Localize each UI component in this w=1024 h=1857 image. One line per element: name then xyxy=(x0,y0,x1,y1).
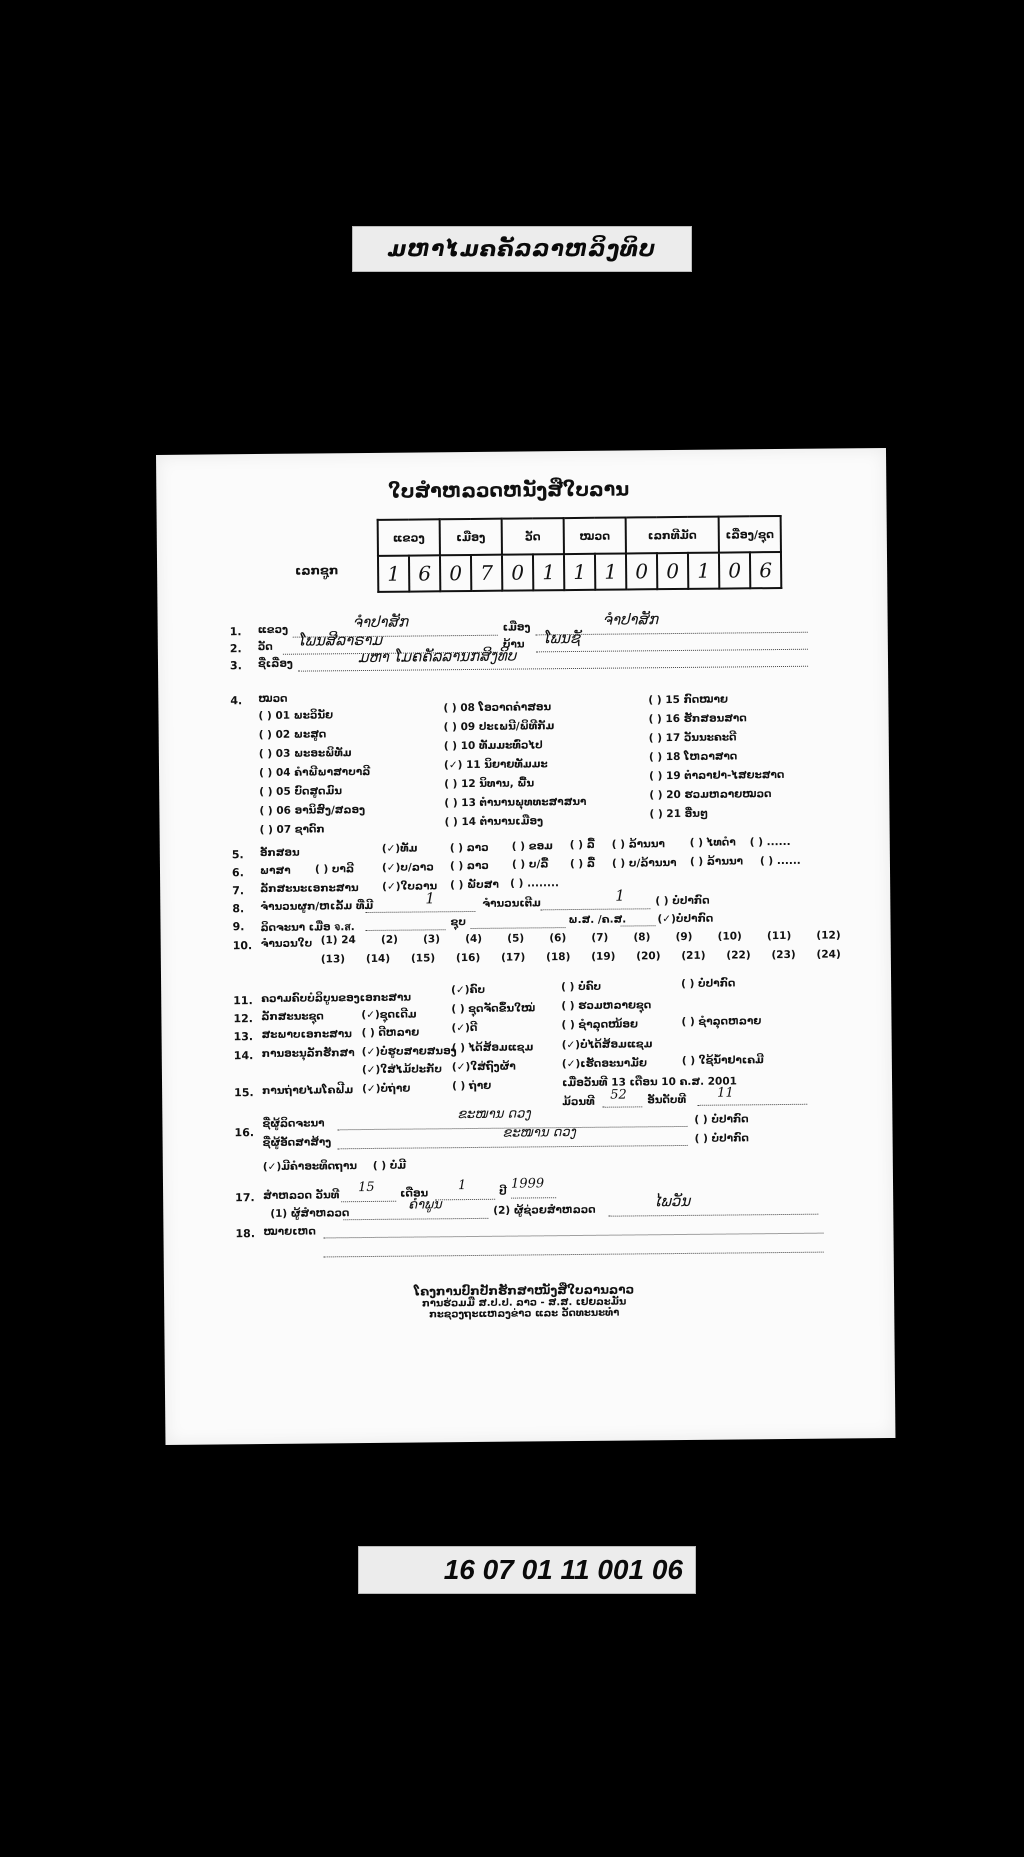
surveyor-line xyxy=(343,1218,488,1220)
field-13-label: ສະພາບເອກະສານ xyxy=(262,1028,352,1041)
author-value: ຂະໜານ ດວງ xyxy=(457,1106,531,1122)
survey-month: 1 xyxy=(458,1178,466,1193)
sponsor-label: ຊື່ຜູ້ອັດສາສ້າງ xyxy=(263,1136,332,1149)
leaf-count-cell: (7) xyxy=(591,932,608,944)
leaf-count-cell: (1) 24 xyxy=(321,934,356,946)
language-option[interactable]: ( ) ບາລີ xyxy=(315,863,354,875)
sequence-number: 11 xyxy=(717,1085,734,1100)
category-option[interactable]: ( ) 17 ວັນນະຄະດີ xyxy=(649,731,737,744)
completeness-option-selected[interactable]: (✓)ຄົບ xyxy=(451,984,485,996)
leaf-count-cell: (2) xyxy=(381,934,398,946)
language-option[interactable]: ( ) ລາວ xyxy=(450,860,489,872)
code-header-category: ໝວດ xyxy=(564,517,626,554)
code-header-district: ເມືອງ xyxy=(440,519,502,556)
code-header-bundle: ເລກທີມັດ xyxy=(626,517,719,554)
code-digit: 1 xyxy=(378,556,409,592)
field-12-number: 12. xyxy=(233,1012,253,1025)
category-option[interactable]: ( ) 10 ທັມມະທົ່ວໄປ xyxy=(444,739,543,752)
language-option-selected[interactable]: (✓)ບ/ລາວ xyxy=(382,861,434,873)
leaf-count-cell: (14) xyxy=(366,953,390,965)
condition-option[interactable]: ( ) ດີຫລາຍ xyxy=(362,1027,420,1040)
code-digit: 1 xyxy=(564,554,595,590)
script-option-selected[interactable]: (✓)ທັມ xyxy=(382,843,418,855)
category-option[interactable]: ( ) 05 ບົດສູດມົນ xyxy=(259,785,342,798)
field-9-line xyxy=(366,929,446,931)
assistant-name: ໄພວັນ xyxy=(653,1192,690,1210)
leaf-count-cell: (6) xyxy=(549,932,566,944)
category-option[interactable]: ( ) 01 ພະວິນັຍ xyxy=(258,709,333,722)
condition-option[interactable]: ( ) ຊຳລຸດໜ້ອຍ xyxy=(561,1018,638,1031)
set-option[interactable]: ( ) ຮວມຫລາຍຊຸດ xyxy=(561,999,651,1012)
category-option[interactable]: ( ) 13 ຕຳນານພຸທທະສາສນາ xyxy=(444,796,586,809)
survey-year: 1999 xyxy=(511,1176,544,1191)
field-10-label: ຈຳນວນໃບ xyxy=(261,938,313,950)
survey-day: 15 xyxy=(358,1180,375,1195)
leaf-count-cell: (12) xyxy=(816,929,840,941)
field-4-number: 4. xyxy=(230,694,242,707)
title-strip: ມຫາໄມຄຄັລລາຫລິງທິບ xyxy=(352,226,692,272)
bundle-number: 52 xyxy=(610,1088,627,1103)
field-15-number: 15. xyxy=(234,1086,254,1099)
conservation-option-selected[interactable]: (✓)ເຮັດອະນາມັຍ xyxy=(562,1057,647,1070)
category-option[interactable]: ( ) 06 ອານິສົງ/ສລອງ xyxy=(259,804,365,817)
field-2-number: 2. xyxy=(230,642,242,655)
sequence-label: ອັນດັບທີ xyxy=(647,1094,686,1106)
field-1-value2: ຈຳປາສັກ xyxy=(603,610,659,629)
field-3-number: 3. xyxy=(230,659,242,672)
material-option[interactable]: ( ) ........ xyxy=(510,877,559,889)
field-3-line xyxy=(298,666,808,672)
code-digit: 1 xyxy=(595,553,626,589)
field-13-number: 13. xyxy=(234,1030,254,1043)
field-6-label: ພາສາ xyxy=(260,865,291,877)
field-1-label: ແຂວງ xyxy=(258,624,288,636)
category-option[interactable]: ( ) 20 ຮວມຫລາຍໝວດ xyxy=(649,788,771,801)
survey-month-line xyxy=(435,1199,495,1201)
field-16-number: 16. xyxy=(234,1126,254,1139)
set-option[interactable]: ( ) ຊຸດຈັດຂຶ້ນໃໝ່ xyxy=(451,1002,535,1015)
leaf-count-cell: (5) xyxy=(507,932,524,944)
survey-form-page: ໃບສຳຫລວດຫນັງສືໃບລານ ເລກຊູກ ແຂວງ ເມືອງ ວັ… xyxy=(156,448,895,1445)
code-table: ແຂວງ ເມືອງ ວັດ ໝວດ ເລກທີມັດ ເລື່ອງ/ຊຸດ 1… xyxy=(377,515,783,593)
leaf-count-cell: (9) xyxy=(675,931,692,943)
field-8-label2: ຈຳນວນເຕີມ xyxy=(482,897,541,910)
field-6-number: 6. xyxy=(232,866,244,879)
language-option[interactable]: ( ) ບ/ລື້ xyxy=(512,858,549,870)
field-8-line2 xyxy=(540,908,650,910)
set-option-selected[interactable]: (✓)ຊຸດເດີມ xyxy=(361,1009,416,1022)
field-9-not-shown-option-selected[interactable]: (✓)ບໍ່ປາກົດ xyxy=(657,913,713,926)
code-digit: 0 xyxy=(440,555,471,591)
field-8-value2: 1 xyxy=(615,887,625,905)
category-option[interactable]: ( ) 02 ພະສູດ xyxy=(259,728,327,741)
code-header-story: ເລື່ອງ/ຊຸດ xyxy=(719,516,781,553)
leaf-count-row-1: (1) 24 (2) (3) (4) (5) (6) (7) (8) (9) (… xyxy=(321,929,841,946)
title-strip-text: ມຫາໄມຄຄັລລາຫລິງທິບ xyxy=(388,237,656,262)
field-5-label: ອັກສອນ xyxy=(260,847,300,859)
surveyor-name: ຄຳພູນ xyxy=(408,1197,442,1212)
field-3-label: ຊື່ເລື່ອງ xyxy=(258,658,293,670)
leaf-count-cell: (3) xyxy=(423,933,440,945)
leaf-count-cell: (18) xyxy=(546,951,570,963)
remarks-line-1 xyxy=(324,1233,824,1239)
category-option-selected[interactable]: (✓) 11 ນິຍາຍທັມມະ xyxy=(444,758,548,771)
code-header-province: ແຂວງ xyxy=(378,519,440,556)
survey-date-label: ສຳຫລວດ ວັນທີ xyxy=(263,1189,339,1202)
field-14-label: ການອະນຸລັກຮັກສາ xyxy=(262,1047,355,1060)
field-14-number: 14. xyxy=(234,1049,254,1062)
code-digit: 0 xyxy=(719,552,750,588)
survey-day-line xyxy=(341,1201,396,1203)
language-option[interactable]: ( ) ...... xyxy=(760,855,801,867)
code-label: ເລກຊູກ xyxy=(295,563,338,577)
field-9-number: 9. xyxy=(232,920,244,933)
leaf-count-row-2: (13) (14) (15) (16) (17) (18) (19) (20) … xyxy=(321,948,841,965)
completeness-option[interactable]: ( ) ບໍ່ປາກົດ xyxy=(681,977,735,990)
material-option[interactable]: ( ) ພັບສາ xyxy=(450,879,499,891)
prayer-option[interactable]: ( ) ບໍ່ມີ xyxy=(373,1160,406,1172)
leaf-count-cell: (15) xyxy=(411,952,435,964)
code-digit: 1 xyxy=(533,554,564,590)
field-2-value: ໂພນສີລາຣາມ xyxy=(298,631,382,650)
leaf-count-cell: (11) xyxy=(767,930,791,942)
conservation-option-selected[interactable]: (✓)ໃສ່ໄມ້ປະກັບ xyxy=(362,1063,442,1076)
microfilm-option[interactable]: ( ) ຖ່າຍ xyxy=(452,1080,491,1092)
conservation-option-selected[interactable]: (✓)ບໍ່ໄດ້ສ້ອມແຊມ xyxy=(562,1038,653,1051)
category-option[interactable]: ( ) 07 ຊາດົກ xyxy=(260,823,325,836)
leaf-count-cell: (24) xyxy=(816,948,840,960)
field-1-label2: ເມືອງ xyxy=(503,621,531,633)
field-8-label: ຈຳນວນຜູກ/ຫເລັ້ມ ທີ່ມີ xyxy=(260,900,373,913)
category-option[interactable]: ( ) 09 ປະເພນີ/ພິທີກັມ xyxy=(444,720,555,733)
survey-year-label: ປີ xyxy=(499,1186,507,1198)
author-label: ຊື່ຜູ້ລິດຈະນາ xyxy=(262,1117,324,1130)
leaf-count-cell: (8) xyxy=(633,931,650,943)
conservation-option[interactable]: ( ) ໃຊ້ນ້ຳຢາເຄມີ xyxy=(682,1054,764,1067)
field-7-label: ລັກສະນະເອກະສານ xyxy=(260,882,359,895)
field-5-number: 5. xyxy=(232,848,244,861)
reference-number: 16 07 01 11 001 06 xyxy=(444,1554,683,1586)
leaf-count-cell: (21) xyxy=(681,950,705,962)
leaf-count-cell: (23) xyxy=(771,949,795,961)
leaf-count-cell: (13) xyxy=(321,953,345,965)
field-3-value: ມຫາ ໂມຄຄັລລານກສິງທິບ xyxy=(358,647,516,667)
leaf-count-cell: (10) xyxy=(718,930,742,942)
sponsor-value: ຂະໜານ ດວງ xyxy=(502,1125,576,1141)
field-9-label2: ຊຸບ xyxy=(450,916,466,928)
code-header-temple: ວັດ xyxy=(502,518,564,555)
remarks-line-2 xyxy=(324,1252,824,1258)
field-10-number: 10. xyxy=(233,939,253,952)
category-option[interactable]: ( ) 16 ຮັກສອນສາດ xyxy=(649,712,747,725)
microfilm-option-selected[interactable]: (✓)ບໍ່ຖ່າຍ xyxy=(362,1083,410,1095)
script-option[interactable]: ( ) ໄທດຳ xyxy=(690,836,736,848)
field-2-line2 xyxy=(536,649,808,653)
conservation-option-selected[interactable]: (✓)ບໍ່ຮູບສາຍສນອງ xyxy=(362,1045,457,1058)
field-2-value2: ໂພນຊັ xyxy=(543,629,581,647)
assistant-label: (2) ຜູ້ຊ່ວຍສຳຫລວດ xyxy=(493,1204,596,1217)
language-option[interactable]: ( ) ລື້ xyxy=(570,858,595,870)
author-not-shown-option[interactable]: ( ) ບໍ່ປາກົດ xyxy=(694,1113,748,1126)
bundle-line xyxy=(602,1106,642,1107)
leaf-count-cell: (16) xyxy=(456,952,480,964)
script-option[interactable]: ( ) ລື້ xyxy=(570,839,595,851)
category-option[interactable]: ( ) 03 ພະອະພິທັມ xyxy=(259,747,352,760)
category-option[interactable]: ( ) 14 ຕຳນານເມືອງ xyxy=(444,815,543,828)
conservation-option[interactable]: ( ) ໄດ້ສ້ອມແຊມ xyxy=(452,1041,534,1054)
field-4-label: ໝວດ xyxy=(258,693,287,705)
surveyor-label: (1) ຜູ້ສຳຫລວດ xyxy=(270,1207,349,1220)
field-8-value: 1 xyxy=(425,889,435,907)
script-option[interactable]: ( ) ລາວ xyxy=(450,842,489,854)
leaf-count-cell: (17) xyxy=(501,951,525,963)
field-18-number: 18. xyxy=(235,1227,255,1240)
field-8-number: 8. xyxy=(232,902,244,915)
code-digit: 0 xyxy=(502,554,533,590)
code-digit: 6 xyxy=(409,555,440,591)
field-15-label: ການຖ່າຍໄມໂຄຟີມ xyxy=(262,1084,353,1097)
category-option[interactable]: ( ) 21 ອື່ນໆ xyxy=(649,808,708,821)
language-option[interactable]: ( ) ລ້ານນາ xyxy=(690,855,743,868)
field-8-line xyxy=(365,911,475,913)
bundle-label: ມ້ວນທີ xyxy=(562,1096,595,1108)
script-option[interactable]: ( ) ຂອມ xyxy=(512,840,553,852)
sponsor-not-shown-option[interactable]: ( ) ບໍ່ປາກົດ xyxy=(695,1132,749,1145)
code-digit: 7 xyxy=(471,555,502,591)
form-title: ໃບສຳຫລວດຫນັງສືໃບລານ xyxy=(388,478,629,502)
form-footer: ໂຄງການປົກປັກຮັກສາໜັງສືໃບລານລາວ ການຮ່ວມມື… xyxy=(314,1281,734,1321)
leaf-count-cell: (4) xyxy=(465,933,482,945)
category-option[interactable]: ( ) 04 ຄຳພີພາສາບາລີ xyxy=(259,766,370,779)
field-7-number: 7. xyxy=(232,884,244,897)
field-9-line2 xyxy=(471,927,566,929)
field-2-label: ວັດ xyxy=(258,641,273,653)
leaf-count-cell: (20) xyxy=(636,950,660,962)
sponsor-line xyxy=(338,1145,688,1149)
field-11-label: ຄວາມຄົບບໍລິບູນຂອງເອກະສານ xyxy=(261,992,411,1005)
category-option[interactable]: ( ) 12 ນິທານ, ພື້ນ xyxy=(444,777,534,790)
category-option[interactable]: ( ) 08 ໂອວາດຄຳສອນ xyxy=(443,701,551,714)
category-option[interactable]: ( ) 19 ຕຳລາຢາ-ໄສຍະສາດ xyxy=(649,769,784,782)
leaf-count-cell: (19) xyxy=(591,951,615,963)
condition-option[interactable]: ( ) ຊຳລຸດຫລາຍ xyxy=(681,1015,761,1028)
category-option[interactable]: ( ) 15 ກົດໝາຍ xyxy=(648,694,728,707)
reference-number-strip: 16 07 01 11 001 06 xyxy=(358,1546,696,1594)
code-digit: 1 xyxy=(688,553,719,589)
script-option[interactable]: ( ) ລ້ານນາ xyxy=(612,838,665,851)
field-1-number: 1. xyxy=(230,625,242,638)
category-option[interactable]: ( ) 18 ໂຫລາສາດ xyxy=(649,750,738,763)
language-option[interactable]: ( ) ບ/ລ້ານນາ xyxy=(612,857,677,870)
code-digit: 0 xyxy=(626,553,657,589)
field-17-number: 17. xyxy=(235,1191,255,1204)
field-1-value: ຈຳປາສັກ xyxy=(353,613,409,632)
script-option[interactable]: ( ) ...... xyxy=(750,836,791,848)
field-9-label3: ພ.ສ. /ຄ.ສ. xyxy=(568,914,626,927)
code-digit: 6 xyxy=(750,552,781,588)
field-8-not-shown-option[interactable]: ( ) ບໍ່ປາກົດ xyxy=(655,895,709,908)
sequence-line xyxy=(697,1104,807,1106)
leaf-count-cell: (22) xyxy=(726,949,750,961)
condition-option-selected[interactable]: (✓)ດີ xyxy=(451,1022,477,1034)
prayer-option-selected[interactable]: (✓)ມີຄຳອະທິດຖານ xyxy=(263,1160,357,1173)
remarks-label: ໝາຍເຫດ xyxy=(263,1226,315,1239)
survey-year-line xyxy=(511,1197,556,1198)
assistant-line xyxy=(608,1214,818,1217)
code-digit: 0 xyxy=(657,553,688,589)
field-11-number: 11. xyxy=(233,994,253,1007)
completeness-option[interactable]: ( ) ບໍ່ຄົບ xyxy=(561,981,601,993)
conservation-date: ເມື່ອວັນທີ 13 ເດືອນ 10 ຄ.ສ. 2001 xyxy=(562,1075,737,1089)
field-12-label: ລັກສະນະຊຸດ xyxy=(261,1010,324,1023)
field-9-line3 xyxy=(621,925,656,926)
conservation-option-selected[interactable]: (✓)ໃສ່ຖົງຜ້າ xyxy=(452,1061,516,1074)
